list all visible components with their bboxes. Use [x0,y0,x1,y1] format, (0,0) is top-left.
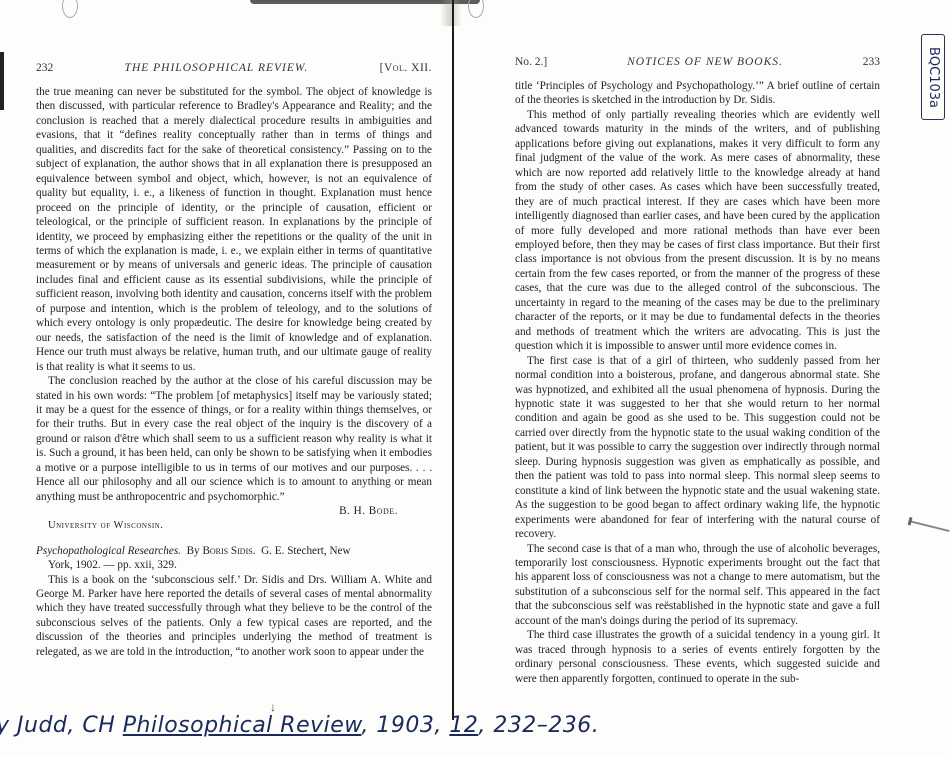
paragraph: The conclusion reached by the author at … [36,374,432,504]
gutter-shadow [440,0,462,26]
pen-mark [908,520,949,532]
paragraph: This is a book on the ‘subconscious self… [36,573,432,660]
citation-volume: 12 [449,713,478,738]
review-signature: B. H. Bode. [36,504,432,518]
citation-pages: , 232–236. [478,713,599,738]
issue-number: No. 2.] [515,56,547,68]
volume-label: [Vol. XII. [380,62,432,74]
book-title: Psychopathological Researches. [36,545,181,557]
paragraph: The first case is that of a girl of thir… [515,354,880,542]
page-number: 233 [863,56,880,68]
right-running-head: No. 2.] NOTICES OF NEW BOOKS. 233 [515,56,880,68]
left-body-text: the true meaning can never be substitute… [36,85,432,504]
reviewer-affiliation: University of Wisconsin. [36,519,432,533]
book-publisher: G. E. Stechert, New [261,545,350,557]
book-author: Boris Sidis. [202,545,255,557]
paragraph: The third case illustrates the growth of… [515,628,880,686]
citation-year: , 1903, [361,713,449,738]
page-number: 232 [36,62,53,74]
book-gutter-line [452,0,454,720]
paragraph: title ‘Principles of Psychology and Psyc… [515,79,880,108]
citation-author: y Judd, CH [0,713,115,738]
left-page: 232 THE PHILOSOPHICAL REVIEW. [Vol. XII.… [36,62,432,659]
catalog-code: BQC103a [926,46,941,107]
left-running-head: 232 THE PHILOSOPHICAL REVIEW. [Vol. XII. [36,62,432,74]
handwritten-citation: y Judd, CH Philosophical Review, 1903, 1… [0,713,599,738]
citation-journal: Philosophical Review [123,713,362,738]
paragraph: The second case is that of a man who, th… [515,542,880,629]
book-publication: York, 1902. — pp. xxii, 329. [36,558,432,572]
book-notice-heading: Psychopathological Researches. By Boris … [36,544,432,573]
reviewer-name: B. H. Bode. [339,504,432,518]
section-title: NOTICES OF NEW BOOKS. [627,56,783,68]
by-label: By [187,545,200,557]
right-page: No. 2.] NOTICES OF NEW BOOKS. 233 title … [515,62,880,686]
paragraph: the true meaning can never be substitute… [36,85,432,374]
catalog-tag: BQC103a [921,34,945,120]
scan-smudge [255,0,455,2]
punch-hole-mark [468,0,484,18]
right-body-text: title ‘Principles of Psychology and Psyc… [515,79,880,686]
punch-hole-mark [62,0,78,18]
journal-title: THE PHILOSOPHICAL REVIEW. [125,62,309,74]
scan-edge-border [0,52,4,110]
paragraph: This method of only partially revealing … [515,108,880,354]
